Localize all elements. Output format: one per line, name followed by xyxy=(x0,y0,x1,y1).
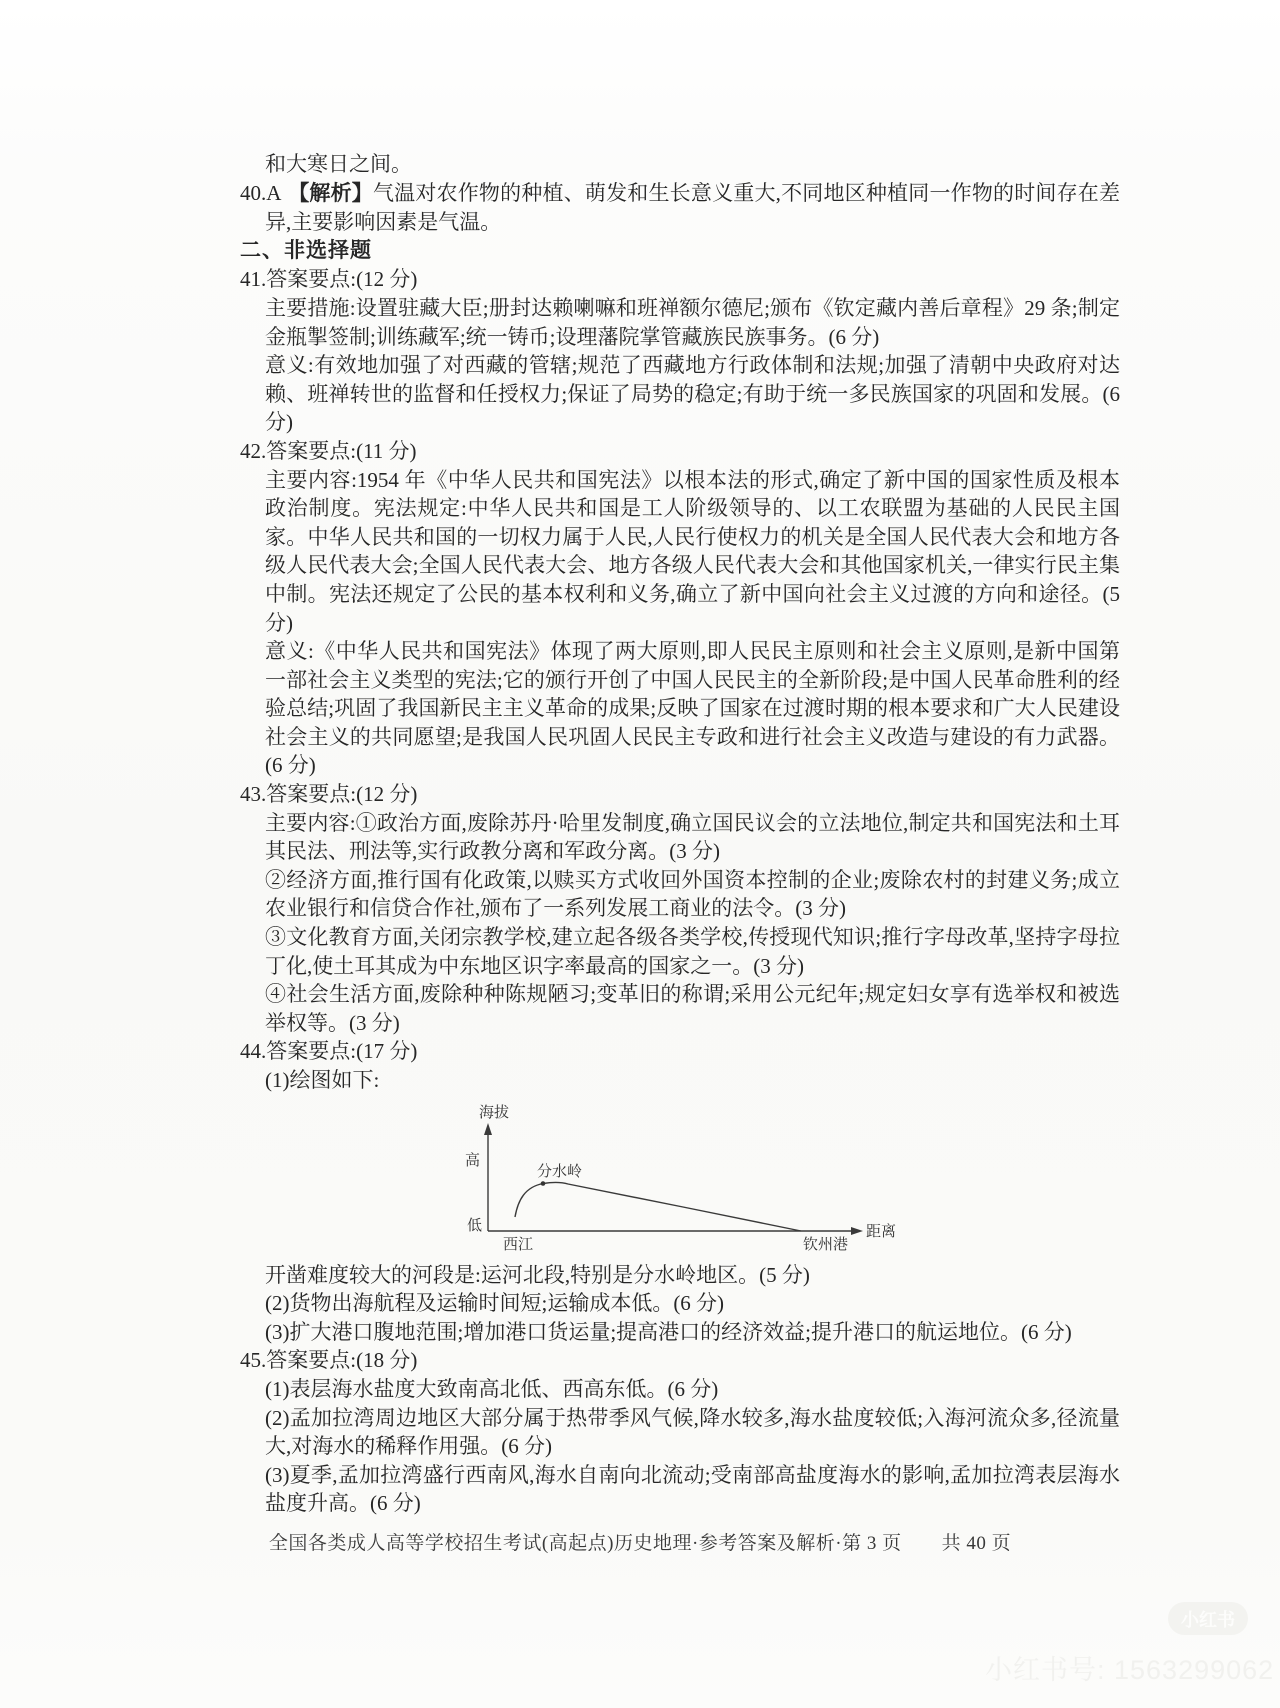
item-number-45: 45. xyxy=(240,1346,266,1375)
q42-p2: 意义:《中华人民共和国宪法》体现了两大原则,即人民民主原则和社会主义原则,是新中… xyxy=(265,637,1120,780)
answer-item-41: 41.答案要点:(12 分) 主要措施:设置驻藏大臣;册封达赖喇嘛和班禅额尔德尼… xyxy=(265,265,1120,437)
item-number-40: 40.A xyxy=(240,179,288,208)
answer-item-45: 45.答案要点:(18 分) (1)表层海水盐度大致南高北低、西高东低。(6 分… xyxy=(265,1346,1120,1518)
answer-item-44: 44.答案要点:(17 分) (1)绘图如下: 海拔 高 低 分水岭 xyxy=(265,1037,1120,1346)
y-low-label: 低 xyxy=(467,1217,482,1234)
analysis-label: 【解析】 xyxy=(288,182,373,205)
q44-p4: (3)扩大港口腹地范围;增加港口货运量;提高港口的经济效益;提升港口的航运地位。… xyxy=(265,1318,1120,1347)
footer-total-pages: 共 40 页 xyxy=(942,1533,1012,1554)
document-content: 和大寒日之间。 40.A【解析】气温对农作物的种植、萌发和生长意义重大,不同地区… xyxy=(240,150,1120,1518)
elevation-profile-svg: 海拔 高 低 分水岭 西江 钦州港 距离 xyxy=(455,1103,935,1255)
item-number-42: 42. xyxy=(240,437,266,466)
q40-line: 40.A【解析】气温对农作物的种植、萌发和生长意义重大,不同地区种植同一作物的时… xyxy=(265,179,1120,237)
q43-head: 答案要点:(12 分) xyxy=(266,782,417,806)
section-title-non-choice: 二、非选择题 xyxy=(265,237,1120,266)
elevation-profile-diagram: 海拔 高 低 分水岭 西江 钦州港 距离 xyxy=(455,1103,935,1255)
answer-item-40: 40.A【解析】气温对农作物的种植、萌发和生长意义重大,不同地区种植同一作物的时… xyxy=(265,179,1120,237)
q41-head: 答案要点:(12 分) xyxy=(266,267,417,291)
q44-p2: 开凿难度较大的河段是:运河北段,特别是分水岭地区。(5 分) xyxy=(265,1261,1120,1290)
q41-head-line: 41.答案要点:(12 分) xyxy=(265,265,1120,294)
item-number-41: 41. xyxy=(240,265,266,294)
x-axis-arrow-icon xyxy=(851,1227,863,1235)
q42-head: 答案要点:(11 分) xyxy=(266,439,416,463)
q44-p1: (1)绘图如下: xyxy=(265,1066,1120,1095)
q42-p1: 主要内容:1954 年《中华人民共和国宪法》以根本法的形式,确定了新中国的国家性… xyxy=(265,466,1120,638)
y-axis-label: 海拔 xyxy=(479,1104,509,1121)
item-number-44: 44. xyxy=(240,1037,266,1066)
q43-p2: ②经济方面,推行国有化政策,以赎买方式收回外国资本控制的企业;废除农村的封建义务… xyxy=(265,866,1120,923)
q42-head-line: 42.答案要点:(11 分) xyxy=(265,437,1120,466)
q45-head-line: 45.答案要点:(18 分) xyxy=(265,1346,1120,1375)
footer-title: 全国各类成人高等学校招生考试(高起点)历史地理·参考答案及解析·第 3 页 xyxy=(269,1533,902,1554)
q44-head: 答案要点:(17 分) xyxy=(266,1039,417,1063)
xiaohongshu-account-watermark: 小红书号: 1563299062 xyxy=(985,1648,1274,1687)
q43-p1: 主要内容:①政治方面,废除苏丹·哈里发制度,确立国民议会的立法地位,制定共和国宪… xyxy=(265,809,1120,866)
peak-label: 分水岭 xyxy=(537,1163,582,1180)
answer-sheet-page: 和大寒日之间。 40.A【解析】气温对农作物的种植、萌发和生长意义重大,不同地区… xyxy=(0,0,1280,1708)
q43-head-line: 43.答案要点:(12 分) xyxy=(265,780,1120,809)
xiaohongshu-badge: 小红书 xyxy=(1168,1602,1248,1635)
x-end-label: 钦州港 xyxy=(803,1236,848,1253)
y-high-label: 高 xyxy=(465,1151,480,1169)
answer-item-43: 43.答案要点:(12 分) 主要内容:①政治方面,废除苏丹·哈里发制度,确立国… xyxy=(265,780,1120,1037)
watershed-point xyxy=(541,1181,546,1186)
q43-p3: ③文化教育方面,关闭宗教学校,建立起各级各类学校,传授现代知识;推行字母改革,坚… xyxy=(265,923,1120,980)
q41-p1: 主要措施:设置驻藏大臣;册封达赖喇嘛和班禅额尔德尼;颁布《钦定藏内善后章程》29… xyxy=(265,294,1120,351)
q43-p4: ④社会生活方面,废除种种陈规陋习;变革旧的称谓;采用公元纪年;规定妇女享有选举权… xyxy=(265,980,1120,1037)
q45-p1: (1)表层海水盐度大致南高北低、西高东低。(6 分) xyxy=(265,1375,1120,1404)
page-footer: 全国各类成人高等学校招生考试(高起点)历史地理·参考答案及解析·第 3 页共 4… xyxy=(0,1528,1280,1555)
q45-head: 答案要点:(18 分) xyxy=(266,1348,417,1372)
item-number-43: 43. xyxy=(240,780,266,809)
q45-p3: (3)夏季,孟加拉湾盛行西南风,海水自南向北流动;受南部高盐度海水的影响,孟加拉… xyxy=(265,1461,1120,1518)
q45-p2: (2)孟加拉湾周边地区大部分属于热带季风气候,降水较多,海水盐度较低;入海河流众… xyxy=(265,1404,1120,1461)
elevation-curve xyxy=(515,1182,801,1231)
q40-text: 气温对农作物的种植、萌发和生长意义重大,不同地区种植同一作物的时间存在差异,主要… xyxy=(265,181,1120,235)
x-axis-label: 距离 xyxy=(866,1223,896,1240)
answer-item-42: 42.答案要点:(11 分) 主要内容:1954 年《中华人民共和国宪法》以根本… xyxy=(265,437,1120,780)
q44-p3: (2)货物出海航程及运输时间短;运输成本低。(6 分) xyxy=(265,1289,1120,1318)
carryover-line: 和大寒日之间。 xyxy=(265,150,1120,179)
q41-p2: 意义:有效地加强了对西藏的管辖;规范了西藏地方行政体制和法规;加强了清朝中央政府… xyxy=(265,351,1120,437)
y-axis-arrow-icon xyxy=(484,1123,492,1135)
q44-head-line: 44.答案要点:(17 分) xyxy=(265,1037,1120,1066)
x-start-label: 西江 xyxy=(503,1236,533,1253)
